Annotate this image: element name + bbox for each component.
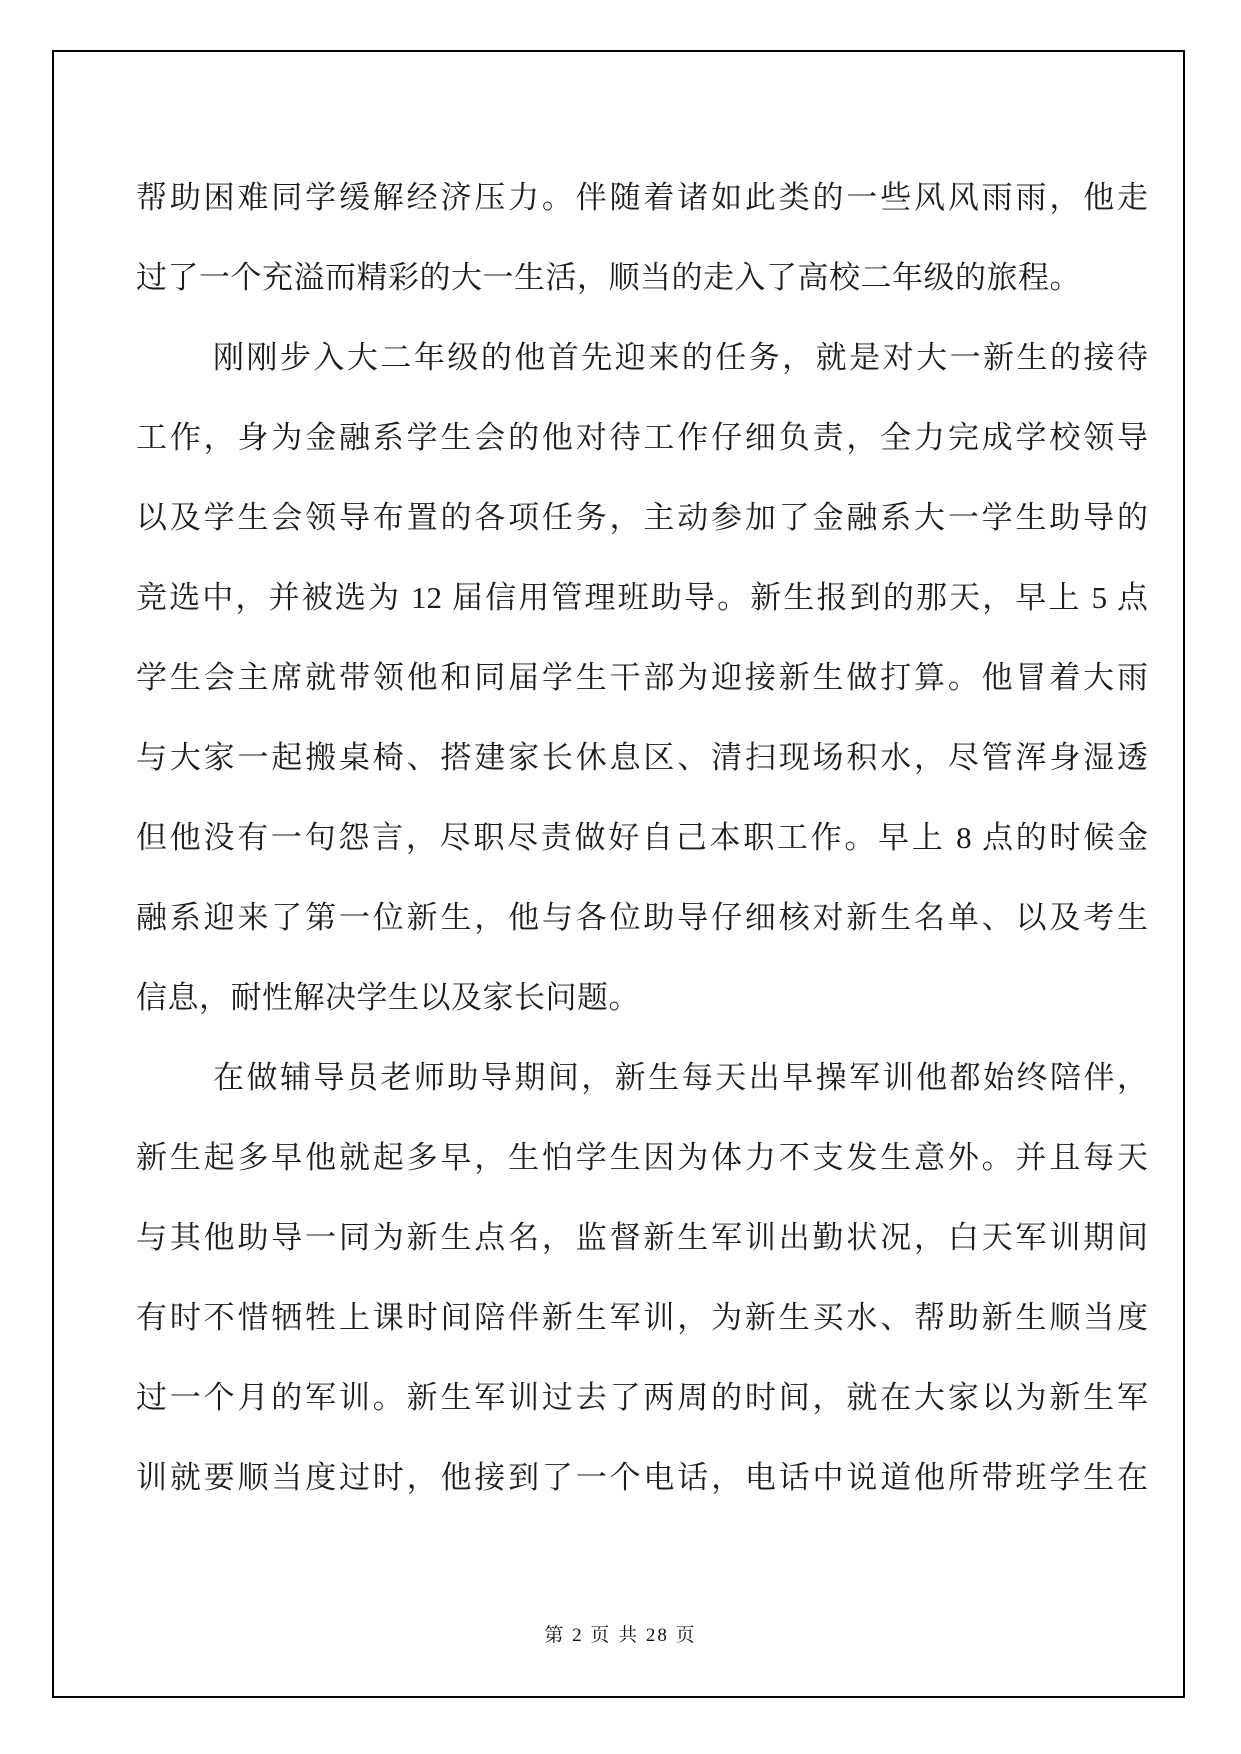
text-line: 工作，身为金融系学生会的他对待工作仔细负责，全力完成学校领导 xyxy=(136,398,1148,478)
text-line: 过一个月的军训。新生军训过去了两周的时间，就在大家以为新生军 xyxy=(136,1358,1148,1438)
page-footer: 第 2 页 共 28 页 xyxy=(0,1620,1241,1652)
text-line: 过了一个充溢而精彩的大一生活，顺当的走入了高校二年级的旅程。 xyxy=(136,238,1148,318)
text-line: 信息，耐性解决学生以及家长问题。 xyxy=(136,958,1148,1038)
text-line: 新生起多早他就起多早，生怕学生因为体力不支发生意外。并且每天 xyxy=(136,1118,1148,1198)
text-line: 学生会主席就带领他和同届学生干部为迎接新生做打算。他冒着大雨 xyxy=(136,638,1148,718)
text-line: 与其他助导一同为新生点名，监督新生军训出勤状况，白天军训期间 xyxy=(136,1198,1148,1278)
body-text: 帮助困难同学缓解经济压力。伴随着诸如此类的一些风风雨雨，他走 过了一个充溢而精彩… xyxy=(136,158,1148,1518)
text-line: 训就要顺当度过时，他接到了一个电话，电话中说道他所带班学生在 xyxy=(136,1438,1148,1518)
text-line: 帮助困难同学缓解经济压力。伴随着诸如此类的一些风风雨雨，他走 xyxy=(136,158,1148,238)
text-line: 但他没有一句怨言，尽职尽责做好自己本职工作。早上 8 点的时候金 xyxy=(136,798,1148,878)
text-line: 刚刚步入大二年级的他首先迎来的任务，就是对大一新生的接待 xyxy=(136,318,1148,398)
text-line: 在做辅导员老师助导期间，新生每天出早操军训他都始终陪伴， xyxy=(136,1038,1148,1118)
text-line: 以及学生会领导布置的各项任务，主动参加了金融系大一学生助导的 xyxy=(136,478,1148,558)
text-line: 竞选中，并被选为 12 届信用管理班助导。新生报到的那天，早上 5 点 xyxy=(136,558,1148,638)
text-line: 与大家一起搬桌椅、搭建家长休息区、清扫现场积水，尽管浑身湿透 xyxy=(136,718,1148,798)
text-line: 融系迎来了第一位新生，他与各位助导仔细核对新生名单、以及考生 xyxy=(136,878,1148,958)
text-line: 有时不惜牺牲上课时间陪伴新生军训，为新生买水、帮助新生顺当度 xyxy=(136,1278,1148,1358)
